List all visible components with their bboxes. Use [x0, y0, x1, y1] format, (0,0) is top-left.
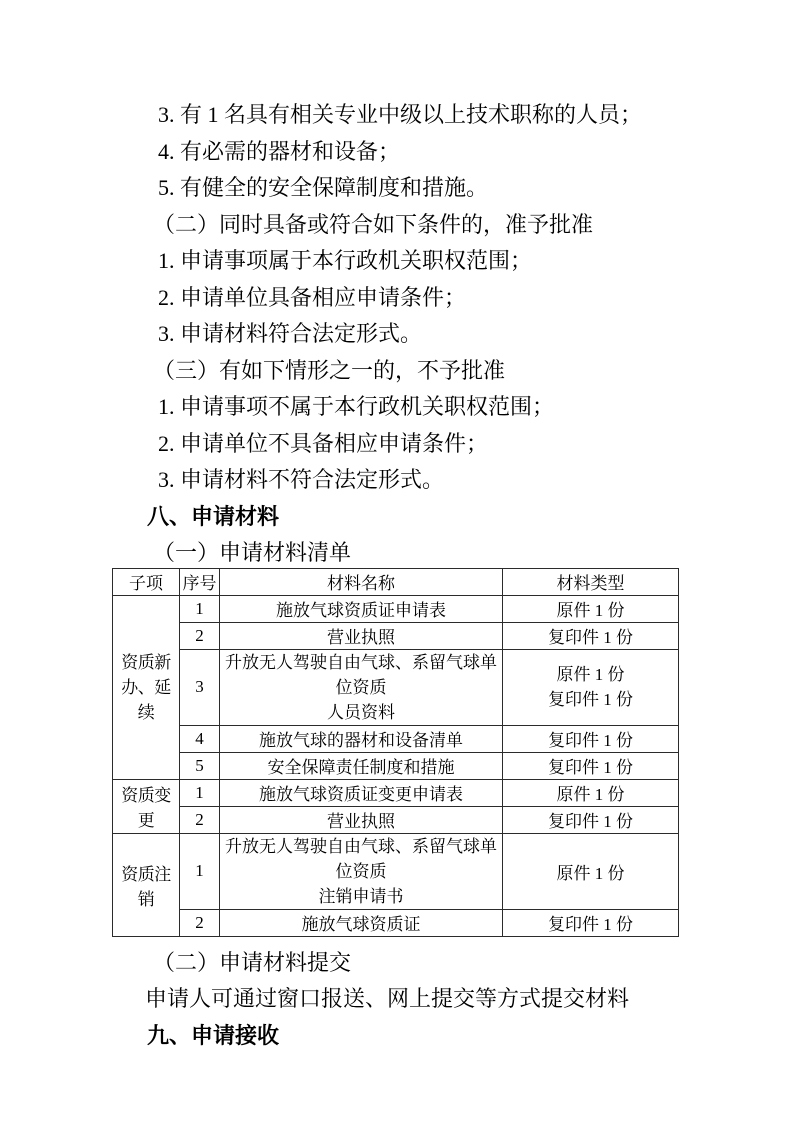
materials-table: 子项 序号 材料名称 材料类型 资质新 办、延续 1 施放气球资质证申请表 原件…	[112, 568, 679, 937]
section-heading-application-reception: 九、申请接收	[112, 1018, 678, 1055]
subsection-condition-approve: （二）同时具备或符合如下条件的，准予批准	[112, 207, 678, 244]
cell-material-name: 升放无人驾驶自由气球、系留气球单位资质 人员资料	[220, 649, 503, 725]
table-header-row: 子项 序号 材料名称 材料类型	[113, 568, 679, 595]
cell-material-name: 施放气球资质证	[220, 909, 503, 936]
table-row: 资质变更 1 施放气球资质证变更申请表 原件 1 份	[113, 779, 679, 806]
cell-material-type: 复印件 1 份	[503, 725, 679, 752]
cell-seq: 1	[180, 833, 220, 909]
table-row: 3 升放无人驾驶自由气球、系留气球单位资质 人员资料 原件 1 份 复印件 1 …	[113, 649, 679, 725]
cell-seq: 1	[180, 595, 220, 622]
cell-material-name: 施放气球资质证变更申请表	[220, 779, 503, 806]
cell-seq: 5	[180, 752, 220, 779]
table-row: 5 安全保障责任制度和措施 复印件 1 份	[113, 752, 679, 779]
cell-seq: 3	[180, 649, 220, 725]
list-item: 3. 申请材料不符合法定形式。	[112, 462, 678, 499]
subsection-heading-material-list: （一）申请材料清单	[112, 535, 678, 572]
cell-material-type: 原件 1 份 复印件 1 份	[503, 649, 679, 725]
list-item: 3. 有 1 名具有相关专业中级以上技术职称的人员；	[112, 97, 678, 134]
cell-material-type: 原件 1 份	[503, 595, 679, 622]
cell-material-name: 升放无人驾驶自由气球、系留气球单位资质 注销申请书	[220, 833, 503, 909]
cell-seq: 4	[180, 725, 220, 752]
cell-group-label: 资质注销	[113, 833, 180, 936]
col-header-material-name: 材料名称	[220, 568, 503, 595]
list-item: 2. 申请单位不具备相应申请条件；	[112, 426, 678, 463]
cell-material-type: 原件 1 份	[503, 779, 679, 806]
cell-group-label: 资质新 办、延续	[113, 595, 180, 779]
cell-material-type: 复印件 1 份	[503, 752, 679, 779]
table-row: 2 营业执照 复印件 1 份	[113, 806, 679, 833]
list-item: 5. 有健全的安全保障制度和措施。	[112, 170, 678, 207]
cell-material-name: 营业执照	[220, 806, 503, 833]
table-row: 资质注销 1 升放无人驾驶自由气球、系留气球单位资质 注销申请书 原件 1 份	[113, 833, 679, 909]
table-row: 2 施放气球资质证 复印件 1 份	[113, 909, 679, 936]
subsection-condition-reject: （三）有如下情形之一的，不予批准	[112, 353, 678, 390]
cell-group-label: 资质变更	[113, 779, 180, 833]
cell-material-type: 原件 1 份	[503, 833, 679, 909]
cell-seq: 2	[180, 806, 220, 833]
cell-material-name: 营业执照	[220, 622, 503, 649]
document-page: 3. 有 1 名具有相关专业中级以上技术职称的人员； 4. 有必需的器材和设备；…	[0, 0, 793, 1122]
cell-material-name: 施放气球资质证申请表	[220, 595, 503, 622]
list-item: 2. 申请单位具备相应申请条件；	[112, 280, 678, 317]
cell-material-type: 复印件 1 份	[503, 909, 679, 936]
col-header-number: 序号	[180, 568, 220, 595]
list-item: 4. 有必需的器材和设备；	[112, 134, 678, 171]
document-content: 3. 有 1 名具有相关专业中级以上技术职称的人员； 4. 有必需的器材和设备；…	[112, 97, 678, 1054]
list-item: 3. 申请材料符合法定形式。	[112, 316, 678, 353]
table-row: 4 施放气球的器材和设备清单 复印件 1 份	[113, 725, 679, 752]
table-row: 2 营业执照 复印件 1 份	[113, 622, 679, 649]
col-header-material-type: 材料类型	[503, 568, 679, 595]
submit-method-paragraph: 申请人可通过窗口报送、网上提交等方式提交材料	[112, 981, 678, 1018]
cell-material-type: 复印件 1 份	[503, 806, 679, 833]
subsection-heading-material-submit: （二）申请材料提交	[112, 945, 678, 982]
section-heading-application-materials: 八、申请材料	[112, 499, 678, 536]
cell-material-name: 施放气球的器材和设备清单	[220, 725, 503, 752]
cell-seq: 2	[180, 909, 220, 936]
cell-seq: 2	[180, 622, 220, 649]
table-row: 资质新 办、延续 1 施放气球资质证申请表 原件 1 份	[113, 595, 679, 622]
cell-seq: 1	[180, 779, 220, 806]
cell-material-type: 复印件 1 份	[503, 622, 679, 649]
cell-material-name: 安全保障责任制度和措施	[220, 752, 503, 779]
list-item: 1. 申请事项属于本行政机关职权范围；	[112, 243, 678, 280]
col-header-subitem: 子项	[113, 568, 180, 595]
list-item: 1. 申请事项不属于本行政机关职权范围；	[112, 389, 678, 426]
